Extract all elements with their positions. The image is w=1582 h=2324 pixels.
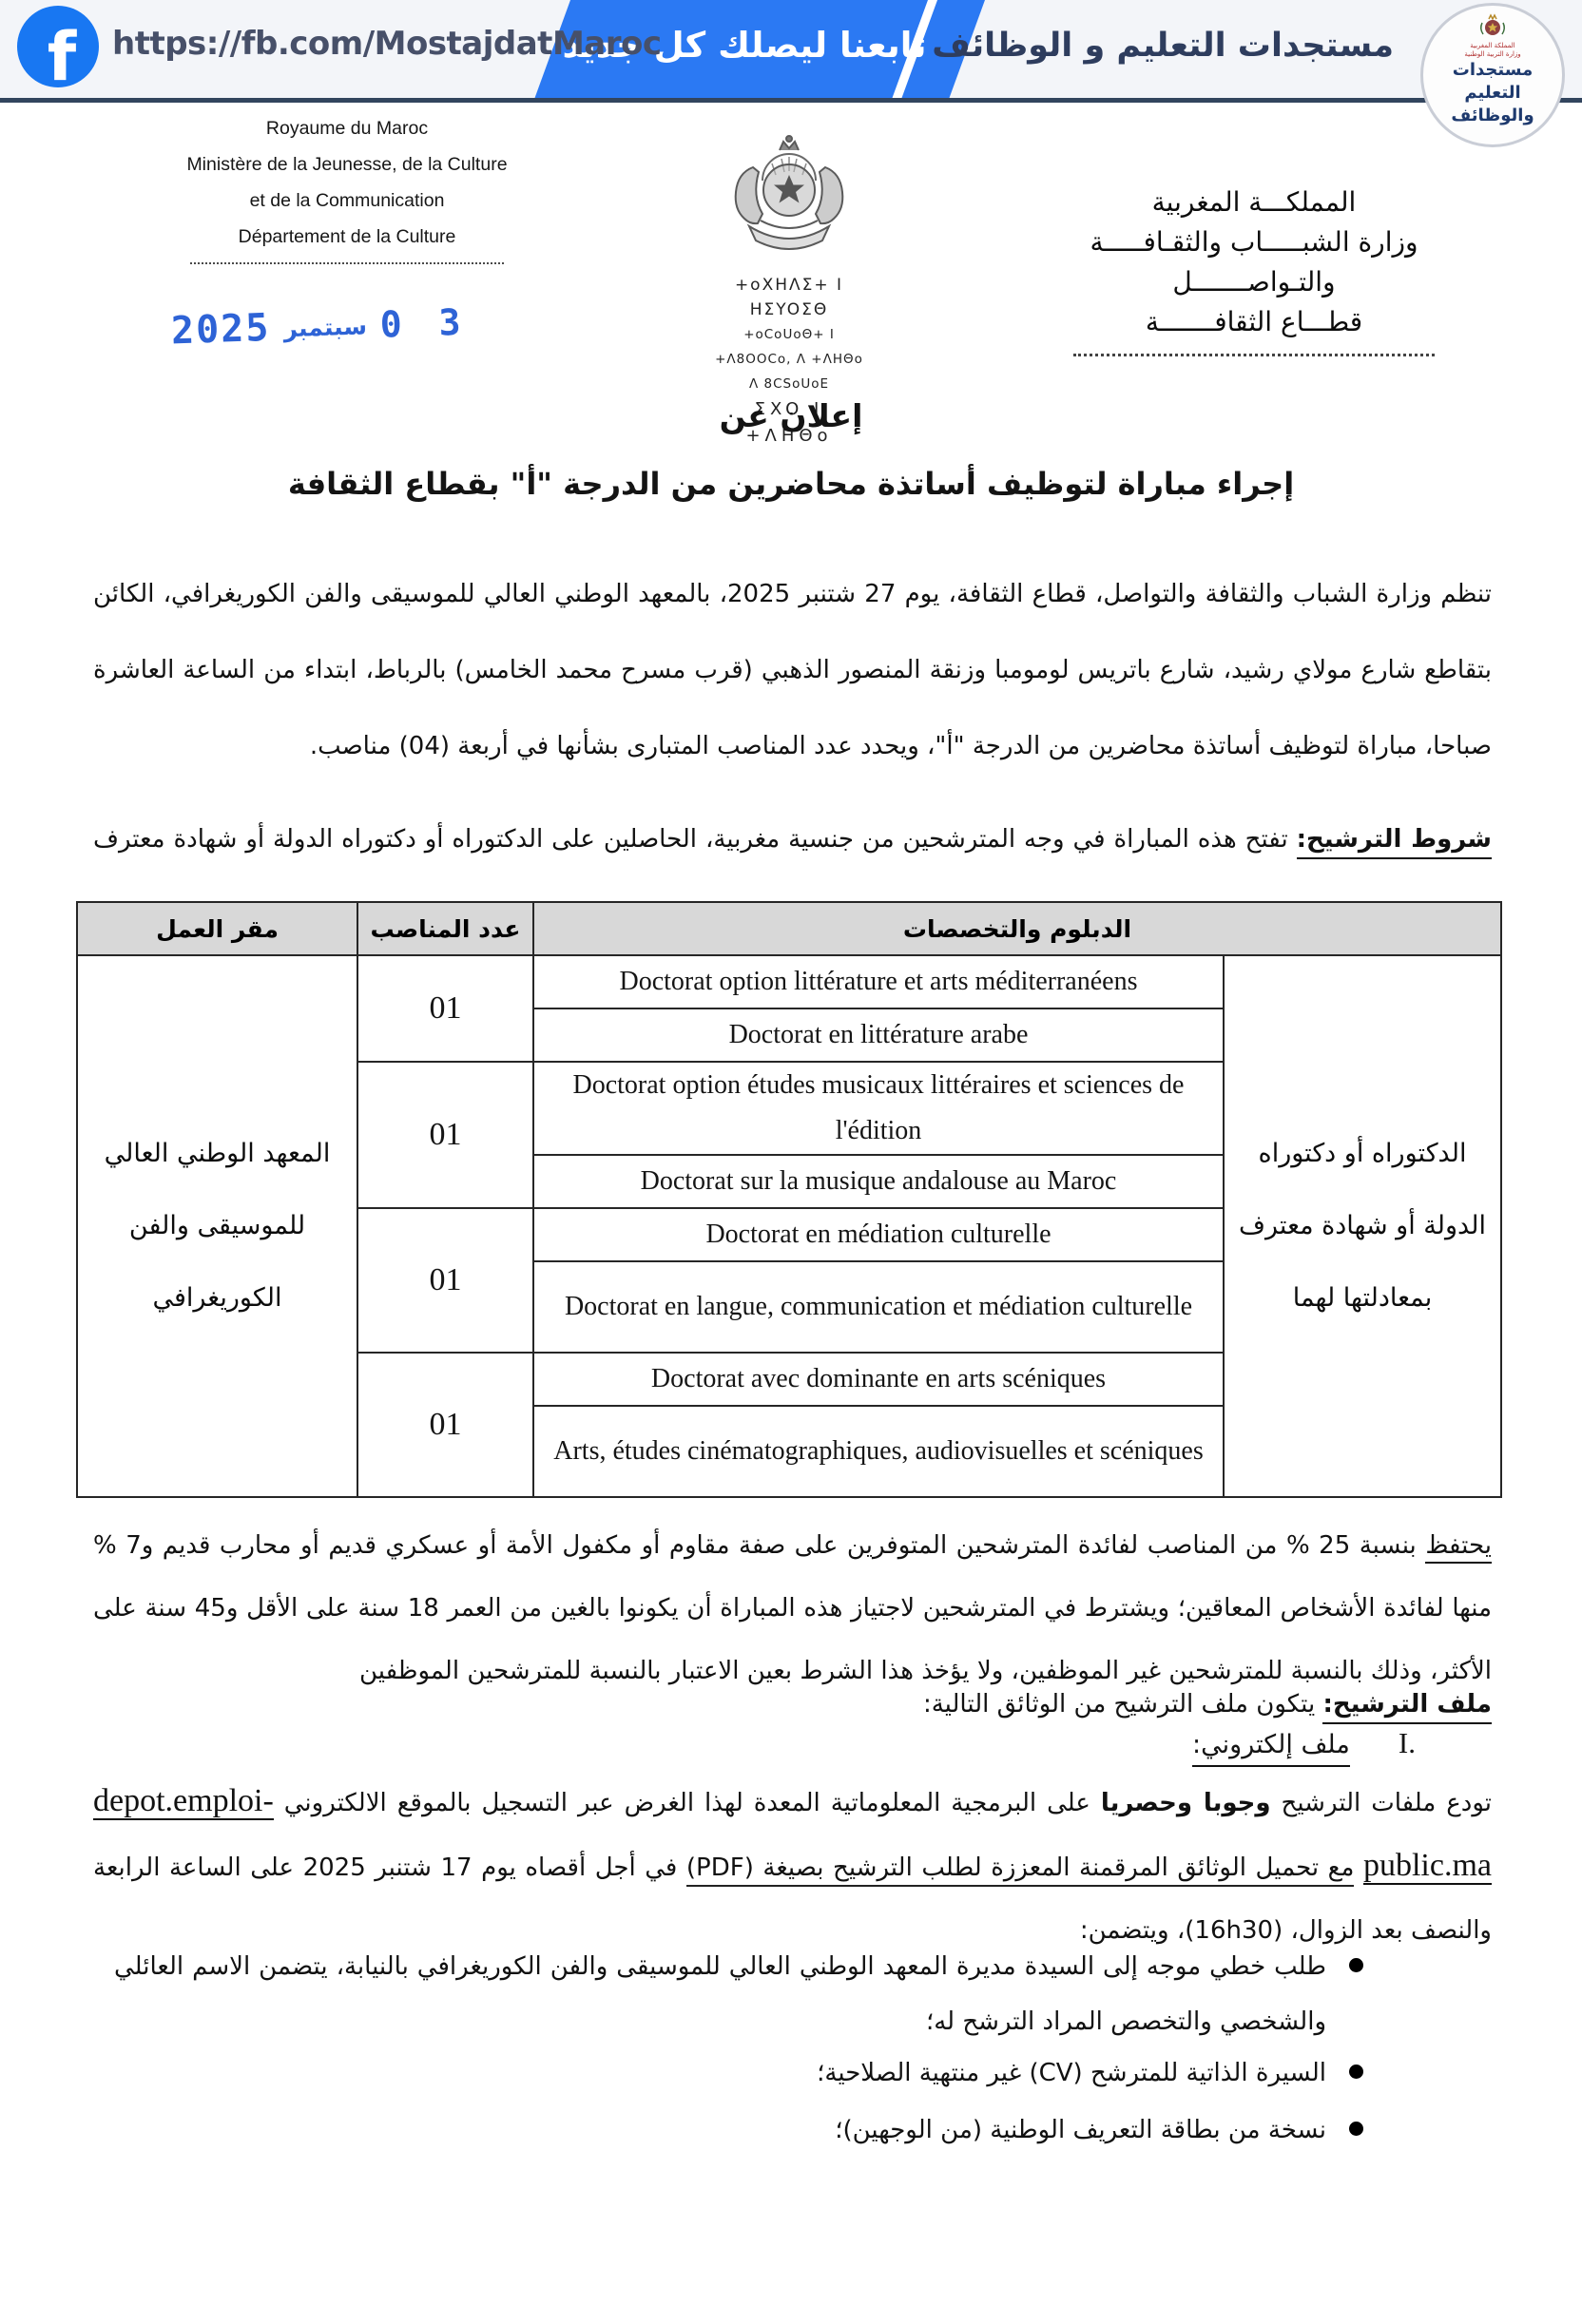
count-cell: 01: [357, 1062, 533, 1208]
header-count: عدد المناصب: [357, 902, 533, 955]
announcement-subtitle: إجراء مباراة لتوظيف أساتذة محاضرين من ال…: [0, 466, 1582, 502]
facebook-url[interactable]: https://fb.com/MostajdatMaroc: [112, 25, 662, 63]
top-banner: تابعنا ليصلك كل جديد f https://fb.com/Mo…: [0, 0, 1582, 98]
section-electronic-file: I. ملف إلكتروني:: [93, 1726, 1492, 1760]
logo-mini-emblem: [1476, 13, 1509, 42]
arabic-line-ministry: وزارة الشبـــــاب والثقـافـــــة: [1026, 222, 1482, 262]
section-numeral: I.: [1399, 1726, 1416, 1759]
paragraph-quota: يحتفظ بنسبة 25 % من المناصب لفائدة المتر…: [93, 1514, 1492, 1702]
spec-cell: Doctorat en médiation culturelle: [533, 1208, 1224, 1261]
spec-cell: Doctorat en littérature arabe: [533, 1008, 1224, 1062]
list-item-text: طلب خطي موجه إلى السيدة مديرة المعهد الو…: [114, 1939, 1326, 2049]
bullet-icon: [1349, 2122, 1363, 2136]
table-row: الدكتوراه أو دكتوراه الدولة أو شهادة معت…: [77, 955, 1501, 1008]
stamp-day: 0 3: [379, 301, 469, 346]
header-diploma: الدبلوم والتخصصات: [533, 902, 1501, 955]
french-line-department: Département de la Culture: [124, 219, 570, 255]
paragraph-file: ملف الترشيح: يتكون ملف الترشيح من الوثائ…: [93, 1681, 1492, 1728]
facebook-icon: f: [17, 6, 99, 87]
spec-cell: Arts, études cinématographiques, audiovi…: [533, 1406, 1224, 1497]
section-label: ملف إلكتروني:: [1192, 1730, 1350, 1767]
count-cell: 01: [357, 955, 533, 1062]
spec-cell: Doctorat option littérature et arts médi…: [533, 955, 1224, 1008]
stamp-month: سبتمبر: [283, 312, 367, 342]
list-item-text: نسخة من بطاقة التعريف الوطنية (من الوجهي…: [114, 2103, 1326, 2158]
quota-text: بنسبة 25 % من المناصب لفائدة المترشحين ا…: [93, 1531, 1492, 1685]
spec-cell: Doctorat en langue, communication et méd…: [533, 1261, 1224, 1353]
arabic-underline-rule: [1073, 354, 1435, 356]
french-line-ministry: Ministère de la Jeunesse, de la Culture: [124, 146, 570, 182]
location-cell: المعهد الوطني العالي للموسيقى والفن الكو…: [77, 955, 357, 1497]
letterhead-arabic: المملكـــة المغربية وزارة الشبـــــاب وا…: [1026, 182, 1482, 356]
bullet-icon: [1349, 1958, 1363, 1972]
requirement-cell: الدكتوراه أو دكتوراه الدولة أو شهادة معت…: [1224, 955, 1501, 1497]
header-location: مقر العمل: [77, 902, 357, 955]
announcement-title: إعلان عن: [0, 397, 1582, 434]
submission-mandatory: وجوبا وحصريا: [1101, 1789, 1271, 1817]
date-stamp: 2025 سبتمبر 0 3: [170, 299, 469, 354]
stamp-year: 2025: [170, 306, 271, 354]
table-header-row: الدبلوم والتخصصات عدد المناصب مقر العمل: [77, 902, 1501, 955]
logo-tiny-line-2: وزارة التربية الوطنية: [1464, 50, 1520, 59]
page-logo-badge: المملكة المغربية وزارة التربية الوطنية م…: [1420, 3, 1565, 147]
count-cell: 01: [357, 1353, 533, 1497]
tifinagh-line-1: +oXHΛΣ+ I HΣYOΣΘ: [708, 273, 870, 322]
list-item-cv: السيرة الذاتية للمترشح (CV) غير منتهية ا…: [114, 2046, 1363, 2101]
list-item-id-card: نسخة من بطاقة التعريف الوطنية (من الوجهي…: [114, 2103, 1363, 2158]
count-cell: 01: [357, 1208, 533, 1353]
banner-page-name: مستجدات التعليم و الوظائف: [932, 27, 1394, 65]
coat-of-arms-icon: [713, 131, 865, 269]
arabic-line-culture-sector: قطـــاع الثقافـــــــة: [1026, 302, 1482, 342]
french-underline-rule: [190, 262, 504, 264]
tifinagh-line-2: +oCoUoΘ+ I +Λ8OOCo, Λ +ΛHΘo Λ 8CSoUoE: [708, 322, 870, 396]
spec-cell: Doctorat avec dominante en arts scénique…: [533, 1353, 1224, 1406]
spec-cell: Doctorat sur la musique andalouse au Mar…: [533, 1155, 1224, 1208]
file-lead: ملف الترشيح:: [1322, 1690, 1492, 1724]
letterhead-french: Royaume du Maroc Ministère de la Jeuness…: [124, 110, 570, 264]
conditions-lead: شروط الترشيح:: [1297, 825, 1492, 859]
arabic-line-communication: والتـواصـــــــل: [1026, 262, 1482, 302]
paragraph-submission: تودع ملفات الترشيح وجوبا وحصريا على البر…: [93, 1770, 1492, 1962]
logo-tiny-line-1: المملكة المغربية: [1470, 42, 1515, 50]
file-text: يتكون ملف الترشيح من الوثائق التالية:: [923, 1690, 1315, 1719]
list-item-request-letter: طلب خطي موجه إلى السيدة مديرة المعهد الو…: [114, 1939, 1363, 2049]
logo-title-line-2: والوظائف: [1451, 105, 1534, 127]
document-page: تابعنا ليصلك كل جديد f https://fb.com/Mo…: [0, 0, 1582, 2324]
french-line-communication: et de la Communication: [124, 182, 570, 219]
submission-seg3: مع تحميل الوثائق المرقمنة المعززة لطلب ا…: [686, 1853, 1355, 1887]
submission-seg1: تودع ملفات الترشيح: [1282, 1789, 1493, 1817]
paragraph-intro: تنظم وزارة الشباب والثقافة والتواصل، قطا…: [93, 556, 1492, 784]
quota-lead: يحتفظ: [1425, 1531, 1492, 1564]
specializations-table: الدبلوم والتخصصات عدد المناصب مقر العمل …: [76, 901, 1502, 1498]
arabic-line-kingdom: المملكـــة المغربية: [1026, 182, 1482, 222]
bullet-icon: [1349, 2065, 1363, 2079]
submission-seg2: على البرمجية المعلوماتية المعدة لهذا الغ…: [284, 1789, 1090, 1817]
french-line-kingdom: Royaume du Maroc: [124, 110, 570, 146]
banner-divider-rule: [0, 98, 1582, 103]
list-item-text: السيرة الذاتية للمترشح (CV) غير منتهية ا…: [114, 2046, 1326, 2101]
logo-title-line-1: مستجدات التعليم: [1423, 59, 1562, 105]
spec-cell: Doctorat option études musicaux littérai…: [533, 1062, 1224, 1155]
